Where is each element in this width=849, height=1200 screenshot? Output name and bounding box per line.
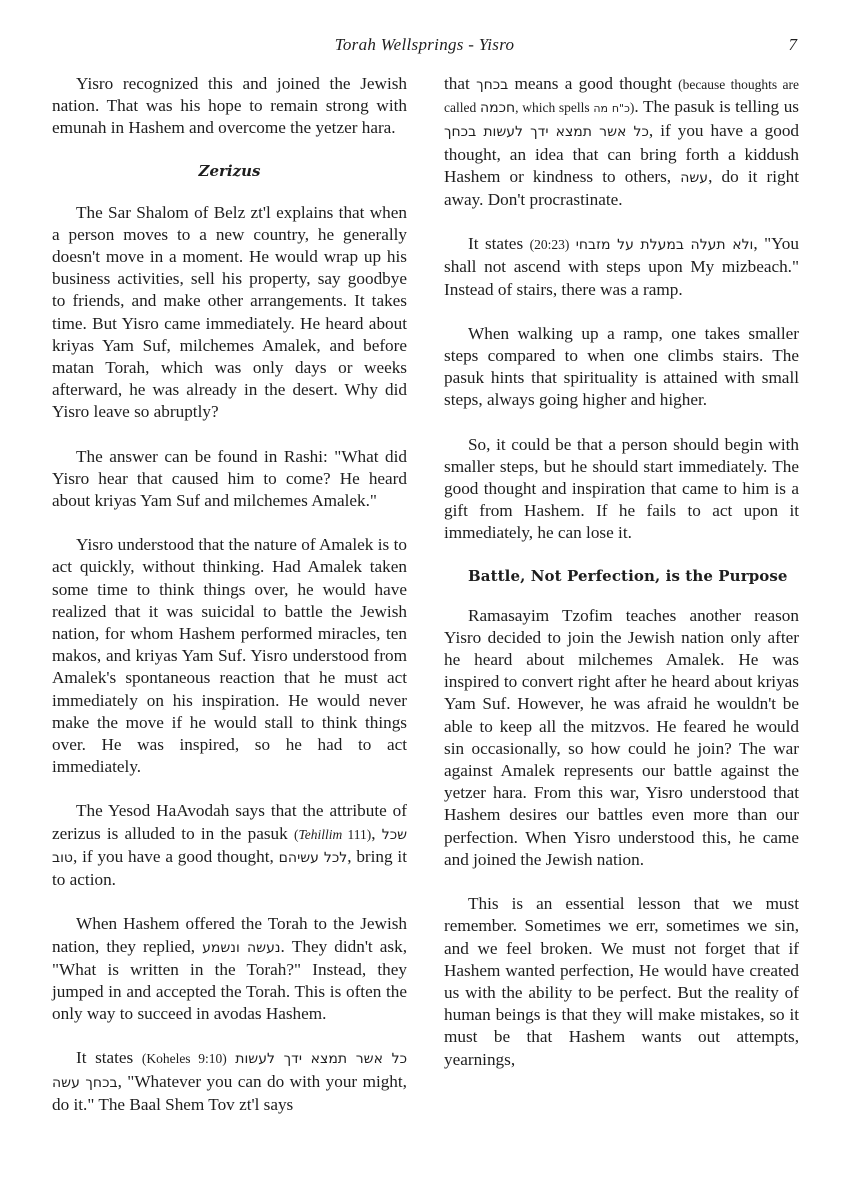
paragraph-mizbeach-steps: It states (20:23) ולא תעלה במעלת על מזבח…	[444, 233, 799, 301]
citation-book: Tehillim	[298, 827, 342, 842]
citation-ref: 111)	[342, 827, 371, 842]
paragraph-smaller-steps: So, it could be that a person should beg…	[444, 434, 799, 545]
paragraph-ramasayim-tzofim: Ramasayim Tzofim teaches another reason …	[444, 605, 799, 871]
citation: (20:23)	[530, 237, 570, 252]
paragraph-sar-shalom: The Sar Shalom of Belz zt'l explains tha…	[52, 202, 407, 424]
section-heading-battle: Battle, Not Perfection, is the Purpose	[468, 567, 799, 585]
running-header: Torah Wellsprings - Yisro 7	[0, 33, 849, 57]
paragraph-yesod-haavodah: The Yesod HaAvodah says that the attribu…	[52, 800, 407, 891]
text: , if you have a good thought,	[73, 847, 279, 866]
hebrew-quote: נעשה ונשמע	[202, 940, 280, 956]
paragraph-nature-of-amalek: Yisro understood that the nature of Amal…	[52, 534, 407, 778]
hebrew-quote: לכל עשיהם	[279, 850, 348, 866]
paragraph-naaseh-venishma: When Hashem offered the Torah to the Jew…	[52, 913, 407, 1025]
left-column: Yisro recognized this and joined the Jew…	[52, 73, 407, 1138]
hebrew-quote: בכחך	[476, 77, 508, 93]
text: , which spells	[515, 100, 593, 115]
text: means a good thought	[508, 74, 678, 93]
text: . The pasuk is telling us	[634, 97, 799, 116]
hebrew-quote: ולא תעלה במעלת על מזבחי	[576, 237, 754, 253]
text: that	[444, 74, 476, 93]
paragraph-bechochacha-continued: that בכחך means a good thought (because …	[444, 73, 799, 211]
hebrew-quote: חכמה	[480, 100, 515, 116]
text: ,	[371, 824, 382, 843]
right-column: that בכחך means a good thought (because …	[444, 73, 799, 1093]
text: It states	[468, 234, 530, 253]
page-number: 7	[789, 35, 798, 55]
section-heading-zerizus: Zerizus	[52, 162, 407, 180]
paragraph-essential-lesson: This is an essential lesson that we must…	[444, 893, 799, 1071]
hebrew-quote: עשה	[680, 170, 708, 186]
paragraph-yisro-joined: Yisro recognized this and joined the Jew…	[52, 73, 407, 140]
paragraph-koheles: It states (Koheles 9:10) כל אשר תמצא ידך…	[52, 1047, 407, 1116]
page-header-title: Torah Wellsprings - Yisro	[0, 35, 849, 55]
hebrew-quote: כ"ח מה	[593, 102, 630, 115]
paragraph-rashi-answer: The answer can be found in Rashi: "What …	[52, 446, 407, 513]
hebrew-quote: כל אשר תמצא ידך לעשות בכחך	[444, 124, 649, 140]
citation: (Tehillim 111)	[294, 827, 371, 842]
text: It states	[76, 1048, 142, 1067]
paragraph-ramp: When walking up a ramp, one takes smalle…	[444, 323, 799, 412]
citation: (Koheles 9:10)	[142, 1051, 227, 1066]
